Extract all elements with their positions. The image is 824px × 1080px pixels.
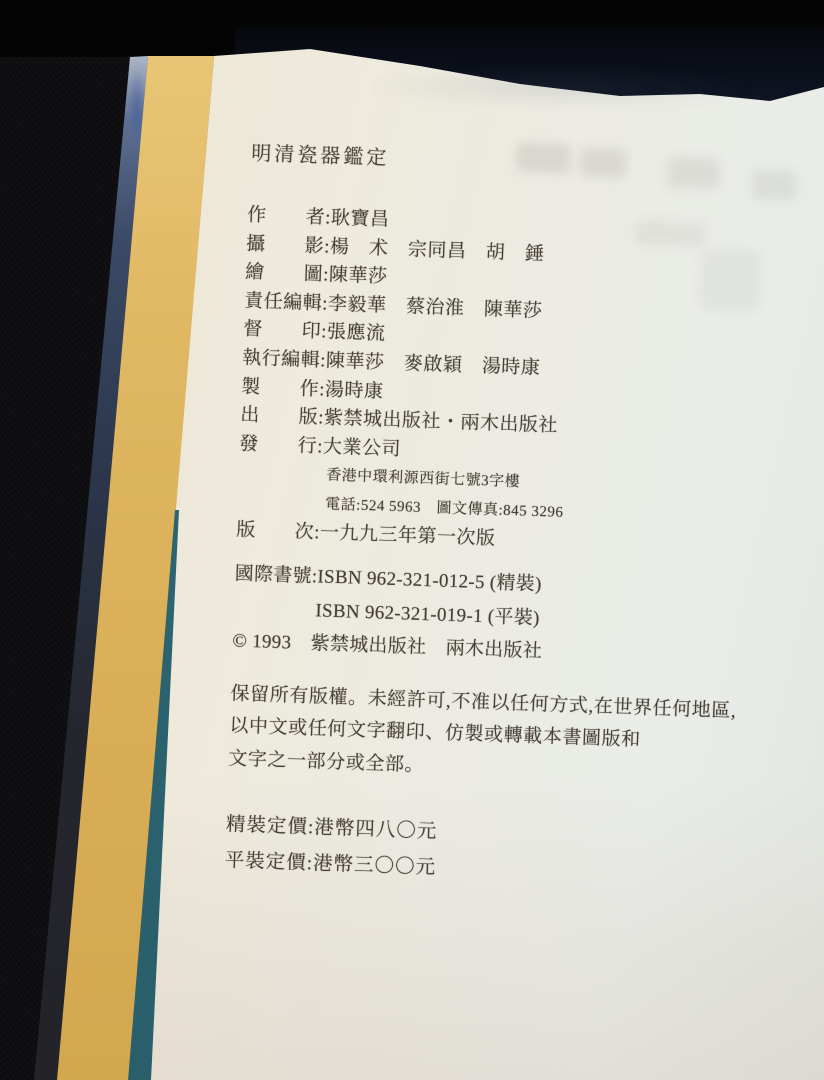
rights-paragraph: 保留所有版權。未經許可,不准以任何方式,在世界任何地區, 以中文或任何文字翻印、… xyxy=(228,678,821,796)
book-colophon-photo: 明清瓷器鑑定 作 者:耿寶昌 攝 影:楊 术 宗同昌 胡 錘 繪 圖:陳華莎 責… xyxy=(0,0,824,1080)
printed-text: 明清瓷器鑑定 作 者:耿寶昌 攝 影:楊 术 宗同昌 胡 錘 繪 圖:陳華莎 責… xyxy=(204,136,824,899)
isbn-block: 國際書號:ISBN 962-321-012-5 (精裝) ISBN 962-32… xyxy=(232,558,824,679)
cover-shadow xyxy=(300,70,820,125)
colophon-block: 作 者:耿寶昌 攝 影:楊 术 宗同昌 胡 錘 繪 圖:陳華莎 責任編輯:李毅華… xyxy=(236,202,824,566)
